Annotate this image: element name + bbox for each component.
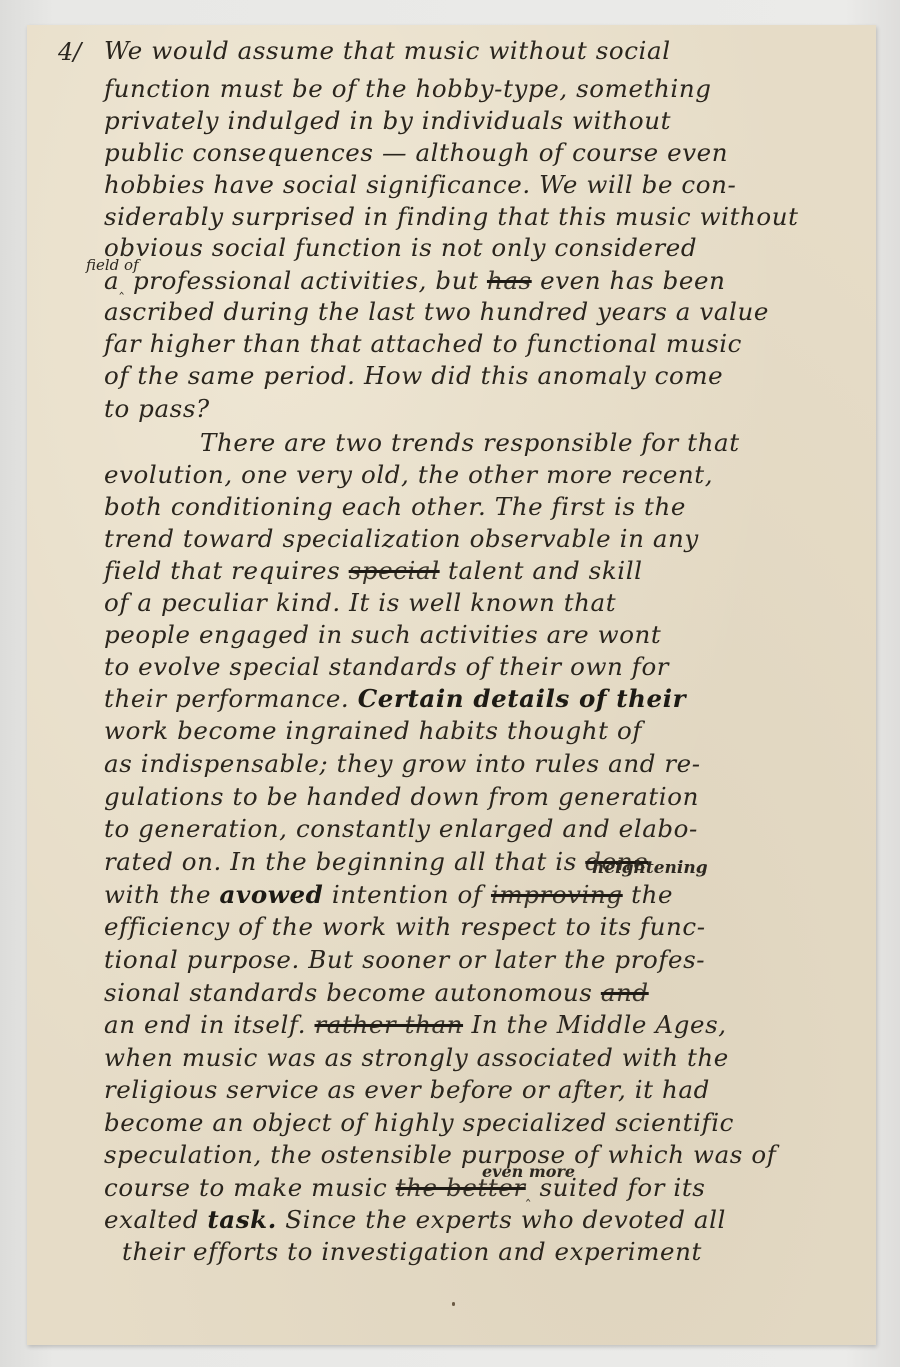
manuscript-line: public consequences — although of course… xyxy=(104,138,728,167)
line-text: We would assume that music without socia… xyxy=(104,36,671,65)
manuscript-line: sional standards become autonomous and xyxy=(104,978,649,1007)
manuscript-line: There are two trends responsible for tha… xyxy=(200,428,740,457)
manuscript-line: of the same period. How did this anomaly… xyxy=(104,361,723,390)
struck-text: has xyxy=(487,266,532,295)
line-text: gulations to be handed down from generat… xyxy=(104,782,699,811)
line-text: of the same period. How did this anomaly… xyxy=(104,361,723,390)
manuscript-line: to evolve special standards of their own… xyxy=(104,652,669,681)
line-text: privately indulged in by individuals wit… xyxy=(104,106,671,135)
manuscript-line: religious service as ever before or afte… xyxy=(104,1075,710,1104)
manuscript-line: evolution, one very old, the other more … xyxy=(104,460,713,489)
line-text: hobbies have social significance. We wil… xyxy=(104,170,736,199)
manuscript-line: siderably surprised in finding that this… xyxy=(104,202,799,231)
emphasized-text: Certain details of their xyxy=(358,684,686,713)
line-text: to pass? xyxy=(104,394,210,423)
manuscript-line: become an object of highly specialized s… xyxy=(104,1108,734,1137)
line-text: a xyxy=(104,266,119,295)
line-text: function must be of the hobby-type, some… xyxy=(104,74,712,103)
line-text: siderably surprised in finding that this… xyxy=(104,202,799,231)
line-text: become an object of highly specialized s… xyxy=(104,1108,734,1137)
manuscript-line: exalted task. Since the experts who devo… xyxy=(104,1205,726,1234)
line-text: professional activities, but xyxy=(133,266,479,295)
line-text: with the xyxy=(104,880,211,909)
line-text: as indispensable; they grow into rules a… xyxy=(104,749,701,778)
line-text: talent and skill xyxy=(448,556,643,585)
manuscript-line: efficiency of the work with respect to i… xyxy=(104,912,706,941)
interlinear-insertion: heightening xyxy=(592,858,708,878)
manuscript-line: function must be of the hobby-type, some… xyxy=(104,74,712,103)
emphasized-text: avowed xyxy=(220,880,324,909)
manuscript-line: course to make music the better‸ suited … xyxy=(104,1173,705,1202)
manuscript-line: hobbies have social significance. We wil… xyxy=(104,170,736,199)
manuscript-line: their efforts to investigation and exper… xyxy=(122,1237,702,1266)
line-text: efficiency of the work with respect to i… xyxy=(104,912,706,941)
manuscript-line: gulations to be handed down from generat… xyxy=(104,782,699,811)
line-text: people engaged in such activities are wo… xyxy=(104,620,661,649)
manuscript-line: to generation, constantly enlarged and e… xyxy=(104,814,698,843)
insertion-caret-icon: ‸ xyxy=(526,1186,531,1202)
line-text: both conditioning each other. The first … xyxy=(104,492,686,521)
manuscript-line: rated on. In the beginning all that is d… xyxy=(104,847,648,876)
line-text: tional purpose. But sooner or later the … xyxy=(104,945,705,974)
manuscript-line: trend toward specialization observable i… xyxy=(104,524,699,553)
manuscript-line: to pass? xyxy=(104,394,210,423)
manuscript-line: of a peculiar kind. It is well known tha… xyxy=(104,588,616,617)
line-text: their performance. xyxy=(104,684,349,713)
line-text: work become ingrained habits thought of xyxy=(104,716,642,745)
manuscript-line: work become ingrained habits thought of xyxy=(104,716,642,745)
line-text: public consequences — although of course… xyxy=(104,138,728,167)
manuscript-line: both conditioning each other. The first … xyxy=(104,492,686,521)
struck-text: special xyxy=(349,556,440,585)
manuscript-line: speculation, the ostensible purpose of w… xyxy=(104,1140,776,1169)
manuscript-line: their performance. Certain details of th… xyxy=(104,684,686,713)
insertion-caret-icon: ‸ xyxy=(119,279,124,295)
line-text: far higher than that attached to functio… xyxy=(104,329,742,358)
manuscript-line: an end in itself. rather than In the Mid… xyxy=(104,1010,727,1039)
manuscript-line: a‸ professional activities, but has even… xyxy=(104,266,726,295)
line-text: In the Middle Ages, xyxy=(471,1010,726,1039)
line-text: speculation, the ostensible purpose of w… xyxy=(104,1140,776,1169)
manuscript-line: privately indulged in by individuals wit… xyxy=(104,106,671,135)
line-text: their efforts to investigation and exper… xyxy=(122,1237,702,1266)
line-text: to generation, constantly enlarged and e… xyxy=(104,814,698,843)
manuscript-line: people engaged in such activities are wo… xyxy=(104,620,661,649)
line-text: evolution, one very old, the other more … xyxy=(104,460,713,489)
struck-text: improving xyxy=(491,880,623,909)
line-text: even has been xyxy=(540,266,725,295)
line-text: the xyxy=(631,880,673,909)
manuscript-line: as indispensable; they grow into rules a… xyxy=(104,749,701,778)
manuscript-line: with the avowed intention of improving t… xyxy=(104,880,673,909)
line-text: to evolve special standards of their own… xyxy=(104,652,669,681)
manuscript-line: tional purpose. But sooner or later the … xyxy=(104,945,705,974)
line-text: religious service as ever before or afte… xyxy=(104,1075,710,1104)
line-text: course to make music xyxy=(104,1173,387,1202)
manuscript-line: when music was as strongly associated wi… xyxy=(104,1043,729,1072)
line-text: intention of xyxy=(332,880,483,909)
emphasized-text: task. xyxy=(207,1205,277,1234)
line-text: ascribed during the last two hundred yea… xyxy=(104,297,769,326)
manuscript-line: obvious social function is not only cons… xyxy=(104,233,697,262)
line-text: an end in itself. xyxy=(104,1010,306,1039)
line-text: trend toward specialization observable i… xyxy=(104,524,699,553)
struck-text: rather than xyxy=(315,1010,464,1039)
line-text: sional standards become autonomous xyxy=(104,978,592,1007)
manuscript-line: ascribed during the last two hundred yea… xyxy=(104,297,769,326)
line-text: field that requires xyxy=(104,556,340,585)
line-text: obvious social function is not only cons… xyxy=(104,233,697,262)
struck-text: and xyxy=(601,978,649,1007)
line-text: There are two trends responsible for tha… xyxy=(200,428,740,457)
manuscript-line: We would assume that music without socia… xyxy=(104,36,671,65)
paper-speck xyxy=(452,1302,455,1306)
line-text: rated on. In the beginning all that is xyxy=(104,847,577,876)
line-text: suited for its xyxy=(539,1173,705,1202)
line-text: when music was as strongly associated wi… xyxy=(104,1043,729,1072)
line-text: exalted xyxy=(104,1205,199,1234)
line-text: Since the experts who devoted all xyxy=(285,1205,726,1234)
page-number: 4/ xyxy=(58,38,81,66)
line-text: of a peculiar kind. It is well known tha… xyxy=(104,588,616,617)
manuscript-line: field that requires special talent and s… xyxy=(104,556,643,585)
struck-text: the better xyxy=(396,1173,526,1202)
manuscript-line: far higher than that attached to functio… xyxy=(104,329,742,358)
